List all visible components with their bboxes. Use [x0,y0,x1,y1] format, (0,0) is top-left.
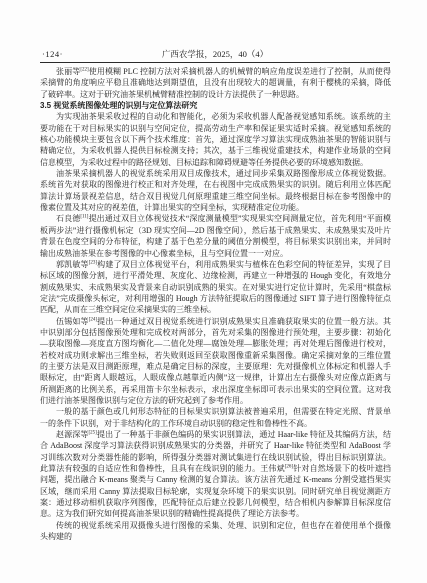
page-header: ·124· 广西农学报，2025，40（4） [40,48,390,60]
section-heading: 3.5 视觉系统图像处理的识别与定位算法研究 [40,100,391,111]
journal-page: ·124· 广西农学报，2025，40（4） 张丽等[22]使用模糊 PLC 控… [0,0,427,583]
paragraph: 石良德[11]提出通过双目立体视觉技术“深度测量模型”实现果实空间测量定位，首先… [40,213,391,258]
paragraph: 张丽等[22]使用模糊 PLC 控制方法对采摘机器人的机械臂的响应角度误差进行了… [40,66,391,100]
paragraph: 伍锡如等[24]提出一种通过双目视觉系统进行识别成熟果实且准确获取果实的位置一般… [40,316,391,407]
journal-title-line: 广西农学报，2025，40（4） [40,48,390,60]
paragraph: 赵源深等[25]提出了一种基于非颜色编码的果实识别算法，通过 Haar-like… [40,429,391,520]
paragraph: 为实现油茶果采收过程的自动化和智能化，必须为采收机器人配备视觉感知系统。该系统的… [40,111,391,168]
paragraph: 油茶果采摘机器人的视觉系统采用双目成像技术，通过同步采集双路图像形成立体视觉数据… [40,168,391,213]
citation-ref: [25] [89,430,97,435]
header-rule [40,62,390,63]
article-body: 张丽等[22]使用模糊 PLC 控制方法对采摘机器人的机械臂的响应角度误差进行了… [40,66,391,542]
citation-ref: [11] [80,215,88,220]
paragraph: 一般的基于颜色或几何形态特征的目标果实识别算法被普遍采用，但需要在特定光照、背景… [40,406,391,429]
paragraph: 传统的视觉系统采用双摄像头进行图像的采集、处理、识别和定位，但也存在着使用单个摄… [40,520,391,543]
citation-ref: [22] [80,67,88,72]
citation-ref: [24] [89,317,97,322]
citation-ref: [23] [89,260,97,265]
citation-ref: [26] [285,464,293,469]
paragraph: 郭凯敏等[23]构建了双目立体视觉平台，利用成熟果实与植株在色彩空间的特征差异，… [40,259,391,316]
